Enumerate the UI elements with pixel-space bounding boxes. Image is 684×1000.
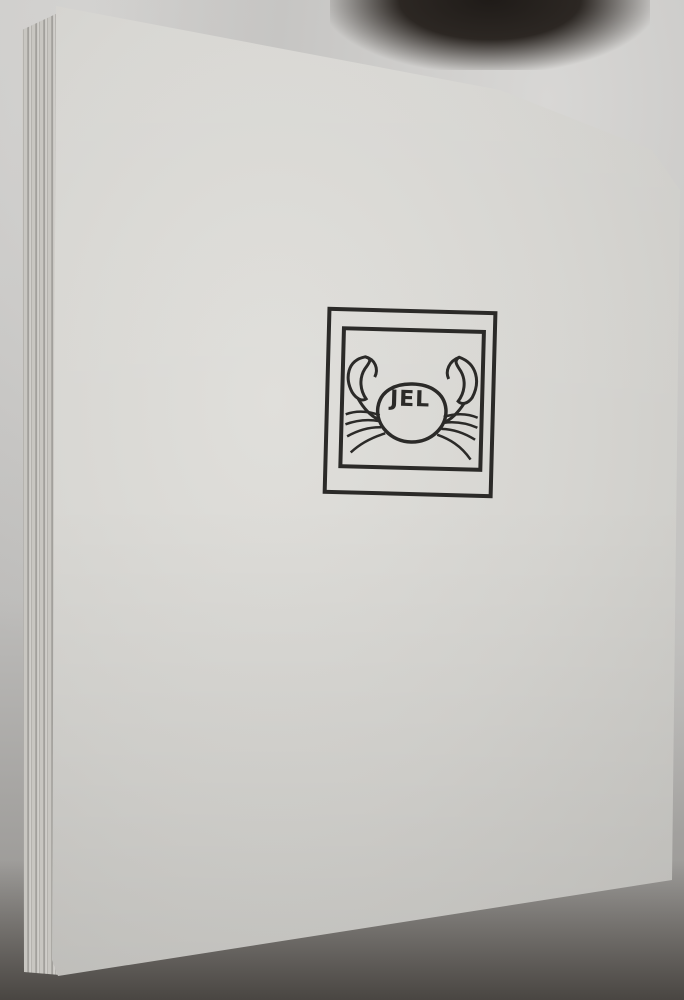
book: JEL — [0, 0, 684, 1000]
cover-shading — [0, 0, 684, 1000]
crab-emblem: JEL — [322, 306, 499, 502]
monogram-text: JEL — [324, 385, 497, 414]
